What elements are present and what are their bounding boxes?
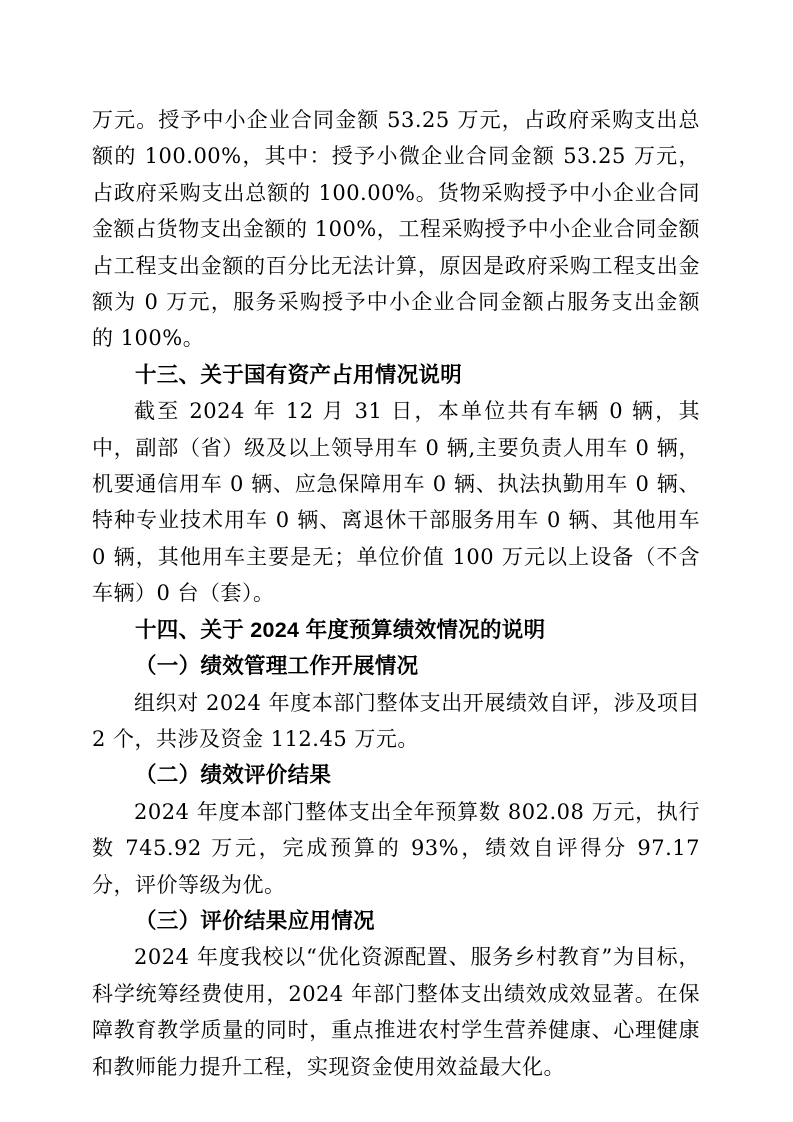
subheading-evaluation-results: （二）绩效评价结果	[92, 757, 700, 793]
heading-section-13-state-assets: 十三、关于国有资产占用情况说明	[92, 357, 700, 393]
page-content: 万元。授予中小企业合同金额 53.25 万元，占政府采购支出总额的 100.00…	[92, 102, 700, 1085]
subheading-result-application: （三）评价结果应用情况	[92, 903, 700, 939]
paragraph-evaluation-results: 2024 年度本部门整体支出全年预算数 802.08 万元，执行数 745.92…	[92, 794, 700, 903]
heading-section-14-budget-performance: 十四、关于 2024 年度预算绩效情况的说明	[92, 612, 700, 648]
paragraph-procurement-continued: 万元。授予中小企业合同金额 53.25 万元，占政府采购支出总额的 100.00…	[92, 102, 700, 357]
subheading-performance-management: （一）绩效管理工作开展情况	[92, 648, 700, 684]
paragraph-result-application: 2024 年度我校以“优化资源配置、服务乡村教育”为目标，科学统筹经费使用，20…	[92, 939, 700, 1085]
document-page: 万元。授予中小企业合同金额 53.25 万元，占政府采购支出总额的 100.00…	[0, 0, 793, 1122]
paragraph-performance-self-evaluation: 组织对 2024 年度本部门整体支出开展绩效自评，涉及项目 2 个，共涉及资金 …	[92, 685, 700, 758]
paragraph-state-assets-vehicles: 截至 2024 年 12 月 31 日，本单位共有车辆 0 辆，其中，副部（省）…	[92, 393, 700, 611]
